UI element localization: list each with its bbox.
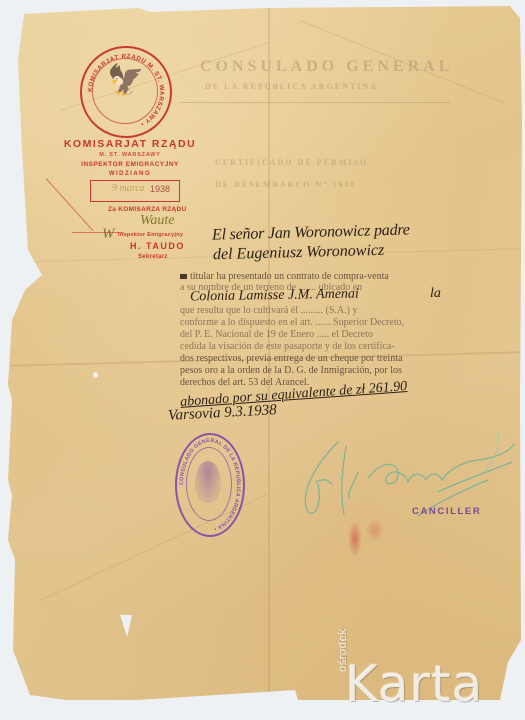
green-signature (288, 432, 518, 522)
printed-line-5: del P. E. Nacional de 19 de Enero ..... … (180, 329, 500, 341)
stamp-name: H. TAUDO (130, 241, 185, 251)
polish-commissariat-seal: KOMISARJAT RZĄDU M. ST. WARSZAWY • 🦅 (80, 46, 172, 138)
canciller-stamp: CANCILLER (412, 506, 481, 517)
faded-header-line-2: CERTIFICADO DE PERMISO (215, 158, 368, 167)
olive-signature-2: W (102, 226, 115, 243)
document-paper: CONSULADO GENERAL DE LA REPUBLICA ARGENT… (0, 0, 525, 720)
stamp-title: KOMISARJAT RZĄDU (50, 138, 210, 150)
faded-header-title: CONSULADO GENERAL (200, 58, 460, 76)
printed-line-3: que resulta que lo cultivará él ........… (180, 305, 500, 317)
handwritten-line-3-end: la (430, 286, 441, 302)
printed-line-1: titular ha presentado un contrato de com… (180, 271, 500, 283)
eagle-icon: 🦅 (82, 66, 170, 96)
stamp-role: Sekretarz (138, 254, 168, 260)
faded-header-subtitle: DE LA REPUBLICA ARGENTINA (205, 82, 378, 91)
faded-header-rule (180, 102, 450, 103)
stamp-line-4: WIDZIANO (50, 171, 210, 177)
red-pen-stroke (72, 232, 124, 233)
stamp-line-2: M. ST. WARSZAWY (50, 152, 210, 158)
stamp-za-komisarza: Za KOMISARZA RZĄDU (108, 206, 186, 213)
stamp-date-handwritten: 9 marca (112, 183, 145, 194)
watermark-brand: Karta (345, 655, 483, 713)
stamp-line-3: INSPEKTOR EMIGRACYJNY (50, 161, 210, 168)
olive-signature-1: Waute (140, 213, 174, 229)
red-stamp-smudge (348, 520, 362, 558)
printed-line-8: pesos oro a la orden de la D. G. de Inmi… (180, 365, 500, 377)
coat-of-arms-icon (195, 461, 221, 503)
red-stamp-smudge (365, 518, 385, 542)
paper-hole (93, 372, 98, 378)
argentine-consulate-seal: CONSULADO GENERAL DE LA REPUBLICA ARGENT… (175, 433, 245, 537)
printed-line-4: conforme a lo dispuesto en el art. .....… (180, 317, 500, 329)
faded-header-line-3: DE DESEMBARCO N° 1938 (215, 180, 356, 189)
handwritten-line-3: Colonia Lamisse J.M. Amenai (190, 287, 359, 306)
stamp-inspektor: Inspektor Emigracyjny (118, 232, 183, 238)
printed-line-6: cedida la visación de este pasaporte y d… (180, 341, 500, 353)
printed-line-7: dos respectivos, previa entrega de un ch… (180, 353, 500, 365)
red-pen-stroke (46, 178, 94, 231)
stamp-year: 1938 (150, 184, 170, 194)
handwritten-line-2: del Eugeniusz Woronowicz (213, 242, 385, 264)
bullet-marker (180, 274, 187, 279)
